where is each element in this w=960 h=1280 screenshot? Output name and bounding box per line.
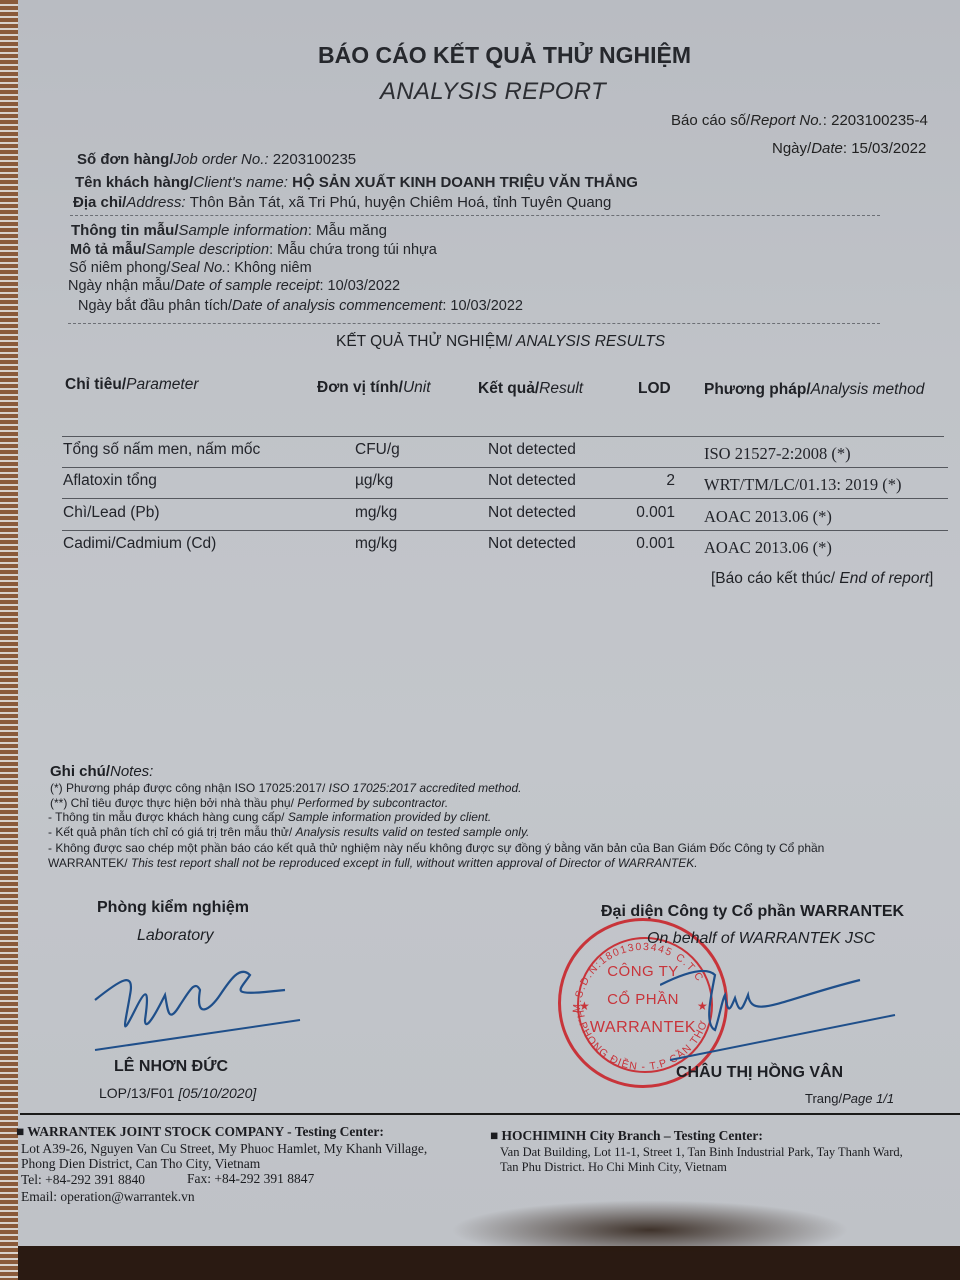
- form-code: LOP/13/F01 [05/10/2020]: [99, 1085, 256, 1101]
- cell-parameter: Aflatoxin tổng: [63, 472, 157, 490]
- end-vi: [Báo cáo kết thúc/: [711, 570, 839, 587]
- seal-no: Số niêm phong/Seal No.: Không niêm: [69, 260, 312, 276]
- job-label-en: Job order No.:: [174, 151, 273, 168]
- cell-result: Not detected: [488, 472, 576, 490]
- footer-rule: [20, 1113, 960, 1115]
- col-parameter: Chỉ tiêu/Parameter: [65, 376, 199, 394]
- company-rep-title-en: On behalf of WARRANTEK JSC: [647, 930, 875, 948]
- form-code-text: LOP/13/F01: [99, 1085, 178, 1101]
- commence-label-en: Date of analysis commencement: [232, 298, 442, 314]
- client-name: Tên khách hàng/Client's name: HỘ SẢN XUẤ…: [75, 174, 638, 191]
- job-label: Số đơn hàng/: [77, 151, 174, 168]
- cell-parameter: Tổng số nấm men, nấm mốc: [63, 441, 260, 459]
- col-label-en: Parameter: [126, 376, 198, 393]
- row-rule: [62, 467, 948, 468]
- receipt-label-en: Date of sample receipt: [174, 278, 319, 294]
- col-unit: Đơn vị tính/Unit: [317, 379, 431, 397]
- cell-unit: µg/kg: [355, 472, 393, 490]
- col-method: Phương pháp/Analysis method: [704, 381, 924, 399]
- receipt-value: : 10/03/2022: [319, 278, 400, 294]
- cell-result: Not detected: [488, 535, 576, 553]
- note-vi: WARRANTEK/: [48, 856, 131, 870]
- commence-date: Ngày bắt đầu phân tích/Date of analysis …: [78, 298, 523, 314]
- bullet-icon: ■: [490, 1128, 502, 1143]
- report-no-label: Báo cáo số/: [671, 112, 750, 129]
- lab-title: Phòng kiểm nghiệm: [97, 899, 249, 917]
- row-rule: [62, 530, 948, 531]
- col-label: Phương pháp/: [704, 381, 811, 398]
- note-vi: (**) Chỉ tiêu được thực hiện bởi nhà thầ…: [50, 796, 297, 810]
- client-address: Địa chỉ/Address: Thôn Bản Tát, xã Tri Ph…: [73, 194, 611, 211]
- hq-title-text: WARRANTEK JOINT STOCK COMPANY - Testing …: [27, 1124, 384, 1139]
- cell-method: AOAC 2013.06 (*): [704, 538, 832, 558]
- col-label-en: Unit: [403, 379, 431, 396]
- branch-title-text: HOCHIMINH City Branch – Testing Center:: [502, 1128, 763, 1143]
- receipt-date: Ngày nhận mẫu/Date of sample receipt: 10…: [68, 278, 400, 294]
- signature-right: [660, 960, 900, 1070]
- cell-result: Not detected: [488, 504, 576, 522]
- seal-label-en: Seal No.: [171, 260, 227, 276]
- form-date: [05/10/2020]: [178, 1085, 256, 1101]
- cell-method: WRT/TM/LC/01.13: 2019 (*): [704, 475, 901, 495]
- hq-email: Email: operation@warrantek.vn: [21, 1189, 195, 1205]
- address-label: Địa chỉ/: [73, 194, 126, 211]
- results-heading-vi: KẾT QUẢ THỬ NGHIỆM/: [336, 333, 512, 350]
- commence-label: Ngày bắt đầu phân tích/: [78, 298, 232, 314]
- cell-parameter: Cadimi/Cadmium (Cd): [63, 535, 216, 553]
- note-line: - Kết quả phân tích chỉ có giá trị trên …: [48, 825, 529, 839]
- cell-method: AOAC 2013.06 (*): [704, 507, 832, 527]
- col-lod: LOD: [638, 380, 671, 398]
- sample-info: Thông tin mẫu/Sample information: Mẫu mă…: [71, 222, 387, 239]
- client-label: Tên khách hàng/: [75, 174, 193, 191]
- report-number: Báo cáo số/Report No.: 2203100235-4: [671, 112, 928, 129]
- note-en: Performed by subcontractor.: [297, 796, 448, 810]
- notes-heading-en: Notes:: [110, 763, 153, 780]
- page-label-vi: Trang/: [805, 1091, 842, 1106]
- sample-info-label: Thông tin mẫu/: [71, 222, 178, 239]
- cell-lod: 0.001: [636, 504, 675, 522]
- cell-unit: CFU/g: [355, 441, 400, 459]
- report-subtitle: ANALYSIS REPORT: [380, 78, 606, 106]
- company-signer-name: CHÂU THỊ HỒNG VÂN: [676, 1064, 843, 1082]
- col-label-en: Analysis method: [811, 381, 925, 398]
- table-rule: [62, 436, 944, 437]
- report-title: BÁO CÁO KẾT QUẢ THỬ NGHIỆM: [318, 42, 691, 69]
- branch-address-2: Tan Phu District. Ho Chi Minh City, Viet…: [500, 1160, 727, 1175]
- date-value: : 15/03/2022: [843, 140, 926, 157]
- sample-desc-label: Mô tả mẫu/: [70, 242, 146, 258]
- sample-desc-label-en: Sample description: [146, 242, 269, 258]
- svg-text:★: ★: [579, 999, 590, 1013]
- signature-left: [90, 950, 310, 1060]
- note-line: (*) Phương pháp được công nhận ISO 17025…: [50, 781, 521, 795]
- divider: [70, 215, 880, 216]
- end-bracket: ]: [929, 570, 933, 587]
- hq-address-2: Phong Dien District, Can Tho City, Vietn…: [21, 1156, 260, 1172]
- note-vi: (*) Phương pháp được công nhận ISO 17025…: [50, 781, 329, 795]
- address-value: Thôn Bản Tát, xã Tri Phú, huyện Chiêm Ho…: [190, 194, 612, 211]
- cell-unit: mg/kg: [355, 504, 397, 522]
- lab-signer-name: LÊ NHƠN ĐỨC: [114, 1058, 228, 1076]
- cell-parameter: Chì/Lead (Pb): [63, 504, 160, 522]
- seal-label: Số niêm phong/: [69, 260, 171, 276]
- notes-heading-vi: Ghi chú/: [50, 763, 110, 780]
- client-name-value: HỘ SẢN XUẤT KINH DOANH TRIỆU VĂN THẮNG: [292, 174, 638, 191]
- bullet-icon: ■: [16, 1124, 27, 1139]
- binder-edge: [0, 0, 18, 1280]
- col-label: Chỉ tiêu/: [65, 376, 126, 393]
- branch-title: ■ HOCHIMINH City Branch – Testing Center…: [490, 1128, 763, 1144]
- end-en: End of report: [839, 570, 929, 587]
- page-number: Trang/Page 1/1: [805, 1091, 894, 1106]
- cell-lod: 0.001: [636, 535, 675, 553]
- note-en: This test report shall not be reproduced…: [131, 856, 698, 870]
- seal-value: : Không niêm: [226, 260, 311, 276]
- client-label-en: Client's name:: [193, 174, 292, 191]
- address-label-en: Address:: [126, 194, 189, 211]
- note-en: Sample information provided by client.: [288, 810, 491, 824]
- note-en: Analysis results valid on tested sample …: [296, 825, 530, 839]
- company-rep-title: Đại diện Công ty Cổ phần WARRANTEK: [601, 903, 904, 921]
- note-vi: - Thông tin mẫu được khách hàng cung cấp…: [48, 810, 288, 824]
- col-label: Đơn vị tính/: [317, 379, 403, 396]
- hq-title: ■ WARRANTEK JOINT STOCK COMPANY - Testin…: [16, 1124, 384, 1140]
- sample-info-label-en: Sample information: [178, 222, 307, 239]
- date-label: Ngày/: [772, 140, 811, 157]
- receipt-label: Ngày nhận mẫu/: [68, 278, 174, 294]
- note-line: - Thông tin mẫu được khách hàng cung cấp…: [48, 810, 491, 824]
- results-heading: KẾT QUẢ THỬ NGHIỆM/ ANALYSIS RESULTS: [336, 333, 665, 351]
- hq-tel: Tel: +84-292 391 8840: [21, 1172, 145, 1188]
- col-result: Kết quả/Result: [478, 380, 583, 398]
- page-label-en: Page 1/1: [842, 1091, 894, 1106]
- report-no-value: : 2203100235-4: [823, 112, 928, 129]
- shadow: [450, 1200, 850, 1260]
- job-order: Số đơn hàng/Job order No.: 2203100235: [77, 151, 356, 168]
- row-rule: [62, 498, 948, 499]
- job-no: 2203100235: [273, 151, 356, 168]
- branch-address-1: Van Dat Building, Lot 11-1, Street 1, Ta…: [500, 1145, 903, 1160]
- cell-result: Not detected: [488, 441, 576, 459]
- cell-lod: 2: [666, 472, 675, 490]
- results-heading-en: ANALYSIS RESULTS: [512, 333, 665, 350]
- notes-heading: Ghi chú/Notes:: [50, 763, 153, 780]
- note-line: - Không được sao chép một phần báo cáo k…: [48, 841, 824, 855]
- note-line: WARRANTEK/ This test report shall not be…: [48, 856, 698, 870]
- sample-info-value: : Mẫu măng: [308, 222, 387, 239]
- note-en: ISO 17025:2017 accredited method.: [329, 781, 522, 795]
- note-line: (**) Chỉ tiêu được thực hiện bởi nhà thầ…: [50, 796, 448, 810]
- cell-method: ISO 21527-2:2008 (*): [704, 444, 851, 464]
- report-no-label-en: Report No.: [750, 112, 823, 129]
- lab-title-en: Laboratory: [137, 927, 214, 945]
- note-vi: - Không được sao chép một phần báo cáo k…: [48, 841, 824, 855]
- date-label-en: Date: [811, 140, 843, 157]
- report-date: Ngày/Date: 15/03/2022: [772, 140, 926, 157]
- sample-description: Mô tả mẫu/Sample description: Mẫu chứa t…: [70, 242, 437, 258]
- sample-desc-value: : Mẫu chứa trong túi nhựa: [269, 242, 437, 258]
- divider: [68, 323, 880, 324]
- commence-value: : 10/03/2022: [442, 298, 523, 314]
- cell-unit: mg/kg: [355, 535, 397, 553]
- note-vi: - Kết quả phân tích chỉ có giá trị trên …: [48, 825, 296, 839]
- col-label: Kết quả/: [478, 380, 539, 397]
- col-label-en: Result: [539, 380, 583, 397]
- end-of-report: [Báo cáo kết thúc/ End of report]: [711, 570, 933, 588]
- hq-fax: Fax: +84-292 391 8847: [187, 1171, 314, 1187]
- hq-address-1: Lot A39-26, Nguyen Van Cu Street, My Phu…: [21, 1141, 427, 1157]
